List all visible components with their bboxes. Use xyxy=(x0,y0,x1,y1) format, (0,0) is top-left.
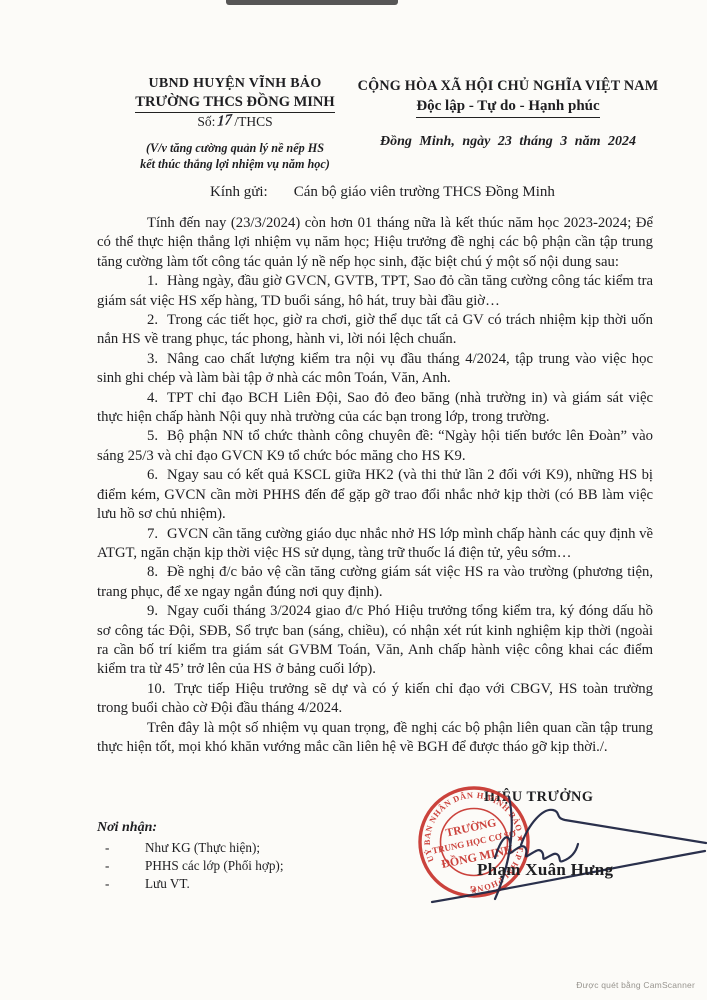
item-10: 10.Trực tiếp Hiệu trưởng sẽ dự và có ý k… xyxy=(97,680,653,719)
distribution-item: -Lưu VT. xyxy=(97,876,357,892)
item-5: 5.Bộ phận NN tổ chức thành công chuyên đ… xyxy=(97,427,653,466)
item-7: 7.GVCN cần tăng cường giáo dục nhắc nhở … xyxy=(97,525,653,564)
closing-paragraph: Trên đây là một số nhiệm vụ quan trọng, … xyxy=(97,719,653,758)
item-9: 9.Ngay cuối tháng 3/2024 giao đ/c Phó Hi… xyxy=(97,602,653,680)
distribution-item: -PHHS các lớp (Phối hợp); xyxy=(97,858,357,874)
recipient-value: Cán bộ giáo viên trường THCS Đồng Minh xyxy=(294,184,555,201)
item-3: 3.Nâng cao chất lượng kiểm tra nội vụ đầ… xyxy=(97,350,653,389)
document-number: Số:17/THCS xyxy=(90,114,380,131)
distribution-title: Nơi nhận: xyxy=(97,820,357,836)
issuer-school: TRƯỜNG THCS ĐỒNG MINH xyxy=(90,94,380,113)
distribution-block: Nơi nhận: -Như KG (Thực hiện); -PHHS các… xyxy=(97,820,357,892)
distribution-item: -Như KG (Thực hiện); xyxy=(97,840,357,856)
scanned-document-page: UBND HUYỆN VĨNH BẢO TRƯỜNG THCS ĐỒNG MIN… xyxy=(0,0,707,1000)
recipient-label: Kính gửi: xyxy=(210,184,268,201)
national-motto: Độc lập - Tự do - Hạnh phúc xyxy=(352,98,664,118)
national-title: CỘNG HÒA XÃ HỘI CHỦ NGHĨA VIỆT NAM xyxy=(352,78,664,95)
item-1: 1.Hàng ngày, đầu giờ GVCN, GVTB, TPT, Sa… xyxy=(97,272,653,311)
item-6: 6.Ngay sau có kết quả KSCL giữa HK2 (và … xyxy=(97,466,653,524)
handwritten-signature xyxy=(395,785,707,915)
intro-paragraph: Tính đến nay (23/3/2024) còn hơn 01 thán… xyxy=(97,214,653,272)
camscanner-watermark: Được quét bằng CamScanner xyxy=(576,980,695,990)
item-8: 8.Đề nghị đ/c bảo vệ cần tăng cường giám… xyxy=(97,563,653,602)
item-4: 4.TPT chỉ đạo BCH Liên Đội, Sao đỏ đeo b… xyxy=(97,389,653,428)
signer-name: Phạm Xuân Hưng xyxy=(477,860,613,880)
item-2: 2.Trong các tiết học, giờ ra chơi, giờ t… xyxy=(97,311,653,350)
recipient-line: Kính gửi: Cán bộ giáo viên trường THCS Đ… xyxy=(210,184,555,201)
handwritten-number: 17 xyxy=(217,112,232,131)
issuer-authority: UBND HUYỆN VĨNH BẢO xyxy=(90,76,380,92)
national-motto-block: CỘNG HÒA XÃ HỘI CHỦ NGHĨA VIỆT NAM Độc l… xyxy=(352,78,664,150)
place-date-line: Đồng Minh, ngày 23 tháng 3 năm 2024 xyxy=(352,134,664,150)
document-body: Tính đến nay (23/3/2024) còn hơn 01 thán… xyxy=(97,214,653,757)
scan-edge-artifact xyxy=(226,0,398,5)
issuer-block: UBND HUYỆN VĨNH BẢO TRƯỜNG THCS ĐỒNG MIN… xyxy=(90,76,380,172)
document-subject: (V/v tăng cường quản lý nề nếp HS kết th… xyxy=(90,140,380,172)
